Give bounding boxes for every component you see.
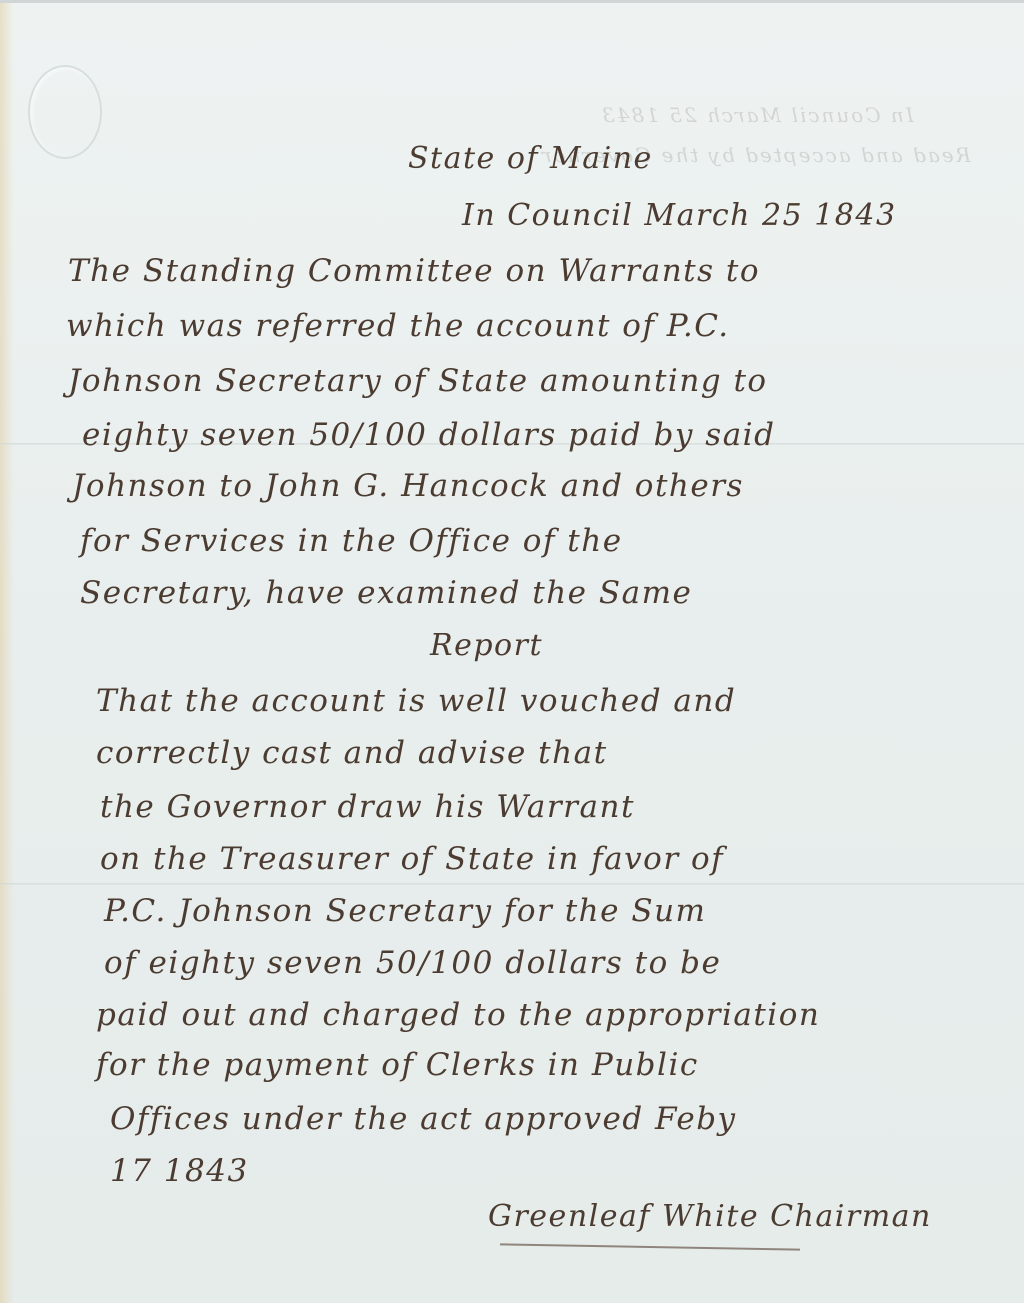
signature-underline: [500, 1243, 800, 1250]
body-line: which was referred the account of P.C.: [66, 308, 730, 344]
report-line: 17 1843: [110, 1153, 249, 1189]
body-line: for Services in the Office of the: [80, 523, 623, 559]
report-line: of eighty seven 50/100 dollars to be: [104, 945, 721, 981]
signature: Greenleaf White Chairman: [488, 1199, 932, 1234]
state-heading: State of Maine: [408, 141, 653, 176]
fold-line: [0, 883, 1024, 885]
report-line: for the payment of Clerks in Public: [96, 1047, 699, 1083]
report-line: P.C. Johnson Secretary for the Sum: [104, 893, 706, 929]
report-line: the Governor draw his Warrant: [100, 789, 635, 825]
embossed-seal-icon: [28, 65, 102, 159]
body-line: eighty seven 50/100 dollars paid by said: [82, 417, 775, 453]
body-line: Johnson Secretary of State amounting to: [68, 363, 768, 399]
body-line: Johnson to John G. Hancock and others: [72, 468, 744, 504]
bleed-through-line-1: In Council March 25 1843: [600, 103, 914, 127]
body-line: The Standing Committee on Warrants to: [68, 253, 760, 289]
report-line: That the account is well vouched and: [96, 683, 736, 719]
dateline: In Council March 25 1843: [462, 198, 897, 233]
report-line: paid out and charged to the appropriatio…: [96, 997, 820, 1033]
report-line: correctly cast and advise that: [96, 735, 608, 771]
manuscript-page: In Council March 25 1843 Read and accept…: [0, 0, 1024, 1303]
body-line: Secretary, have examined the Same: [80, 575, 692, 611]
report-line: on the Treasurer of State in favor of: [100, 841, 724, 877]
report-line: Offices under the act approved Feby: [110, 1101, 737, 1137]
report-heading: Report: [430, 628, 543, 663]
